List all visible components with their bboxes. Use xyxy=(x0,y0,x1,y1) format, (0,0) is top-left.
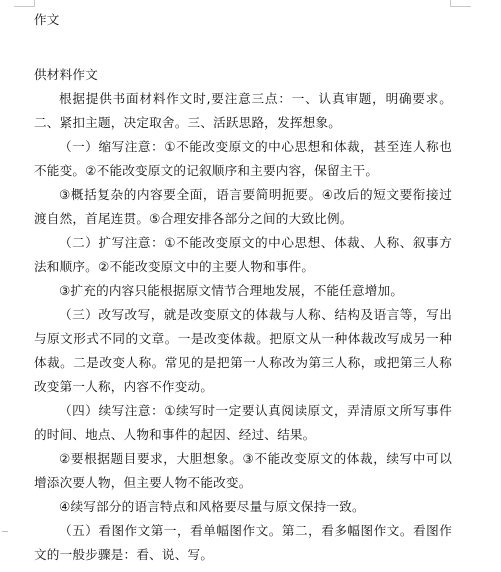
margin-tick-mark xyxy=(2,531,8,532)
paragraph-abbreviation-1: （一）缩写注意：①不能改变原文的中心思想和体裁，甚至连人称也不能变。②不能改变原… xyxy=(34,135,452,183)
page-corner-mark-top-left xyxy=(14,0,35,7)
paragraph-continuation-1: （四）续写注意：①续写时一定要认真阅读原文，弄清原文所写事件的时间、地点、人物和… xyxy=(34,399,452,447)
paragraph-picture-writing: （五）看图作文第一，看单幅图作文。第二，看多幅图作文。看图作文的一般步骤是：看、… xyxy=(34,519,452,567)
paragraph-continuation-3: ④续写部分的语言特点和风格要尽量与原文保持一致。 xyxy=(34,495,452,519)
paragraph-abbreviation-2: ③概括复杂的内容要全面，语言要简明扼要。④改后的短文要衔接过渡自然，首尾连贯。⑤… xyxy=(34,183,452,231)
paragraph-intro: 根据提供书面材料作文时,要注意三点：一、认真审题，明确要求。二、紧扣主题，决定取… xyxy=(34,87,452,135)
section-title: 供材料作文 xyxy=(34,63,452,87)
document-body[interactable]: 作文 供材料作文 根据提供书面材料作文时,要注意三点：一、认真审题，明确要求。二… xyxy=(34,8,452,567)
document-page: 作文 供材料作文 根据提供书面材料作文时,要注意三点：一、认真审题，明确要求。二… xyxy=(0,0,501,572)
paragraph-expansion-1: （二）扩写注意：①不能改变原文的中心思想、体裁、人称、叙事方法和顺序。②不能改变… xyxy=(34,231,452,279)
blank-line xyxy=(34,32,452,56)
paragraph-rewriting: （三）改写改写，就是改变原文的体裁与人称、结构及语言等，写出与原文形式不同的文章… xyxy=(34,303,452,399)
paragraph-expansion-2: ③扩充的内容只能根据原文情节合理地发展，不能任意增加。 xyxy=(34,279,452,303)
page-corner-mark-top-right xyxy=(450,0,471,7)
paragraph-continuation-2: ②要根据题目要求，大胆想象。③不能改变原文的体裁，续写中可以增添次要人物，但主要… xyxy=(34,447,452,495)
document-title: 作文 xyxy=(34,8,452,32)
